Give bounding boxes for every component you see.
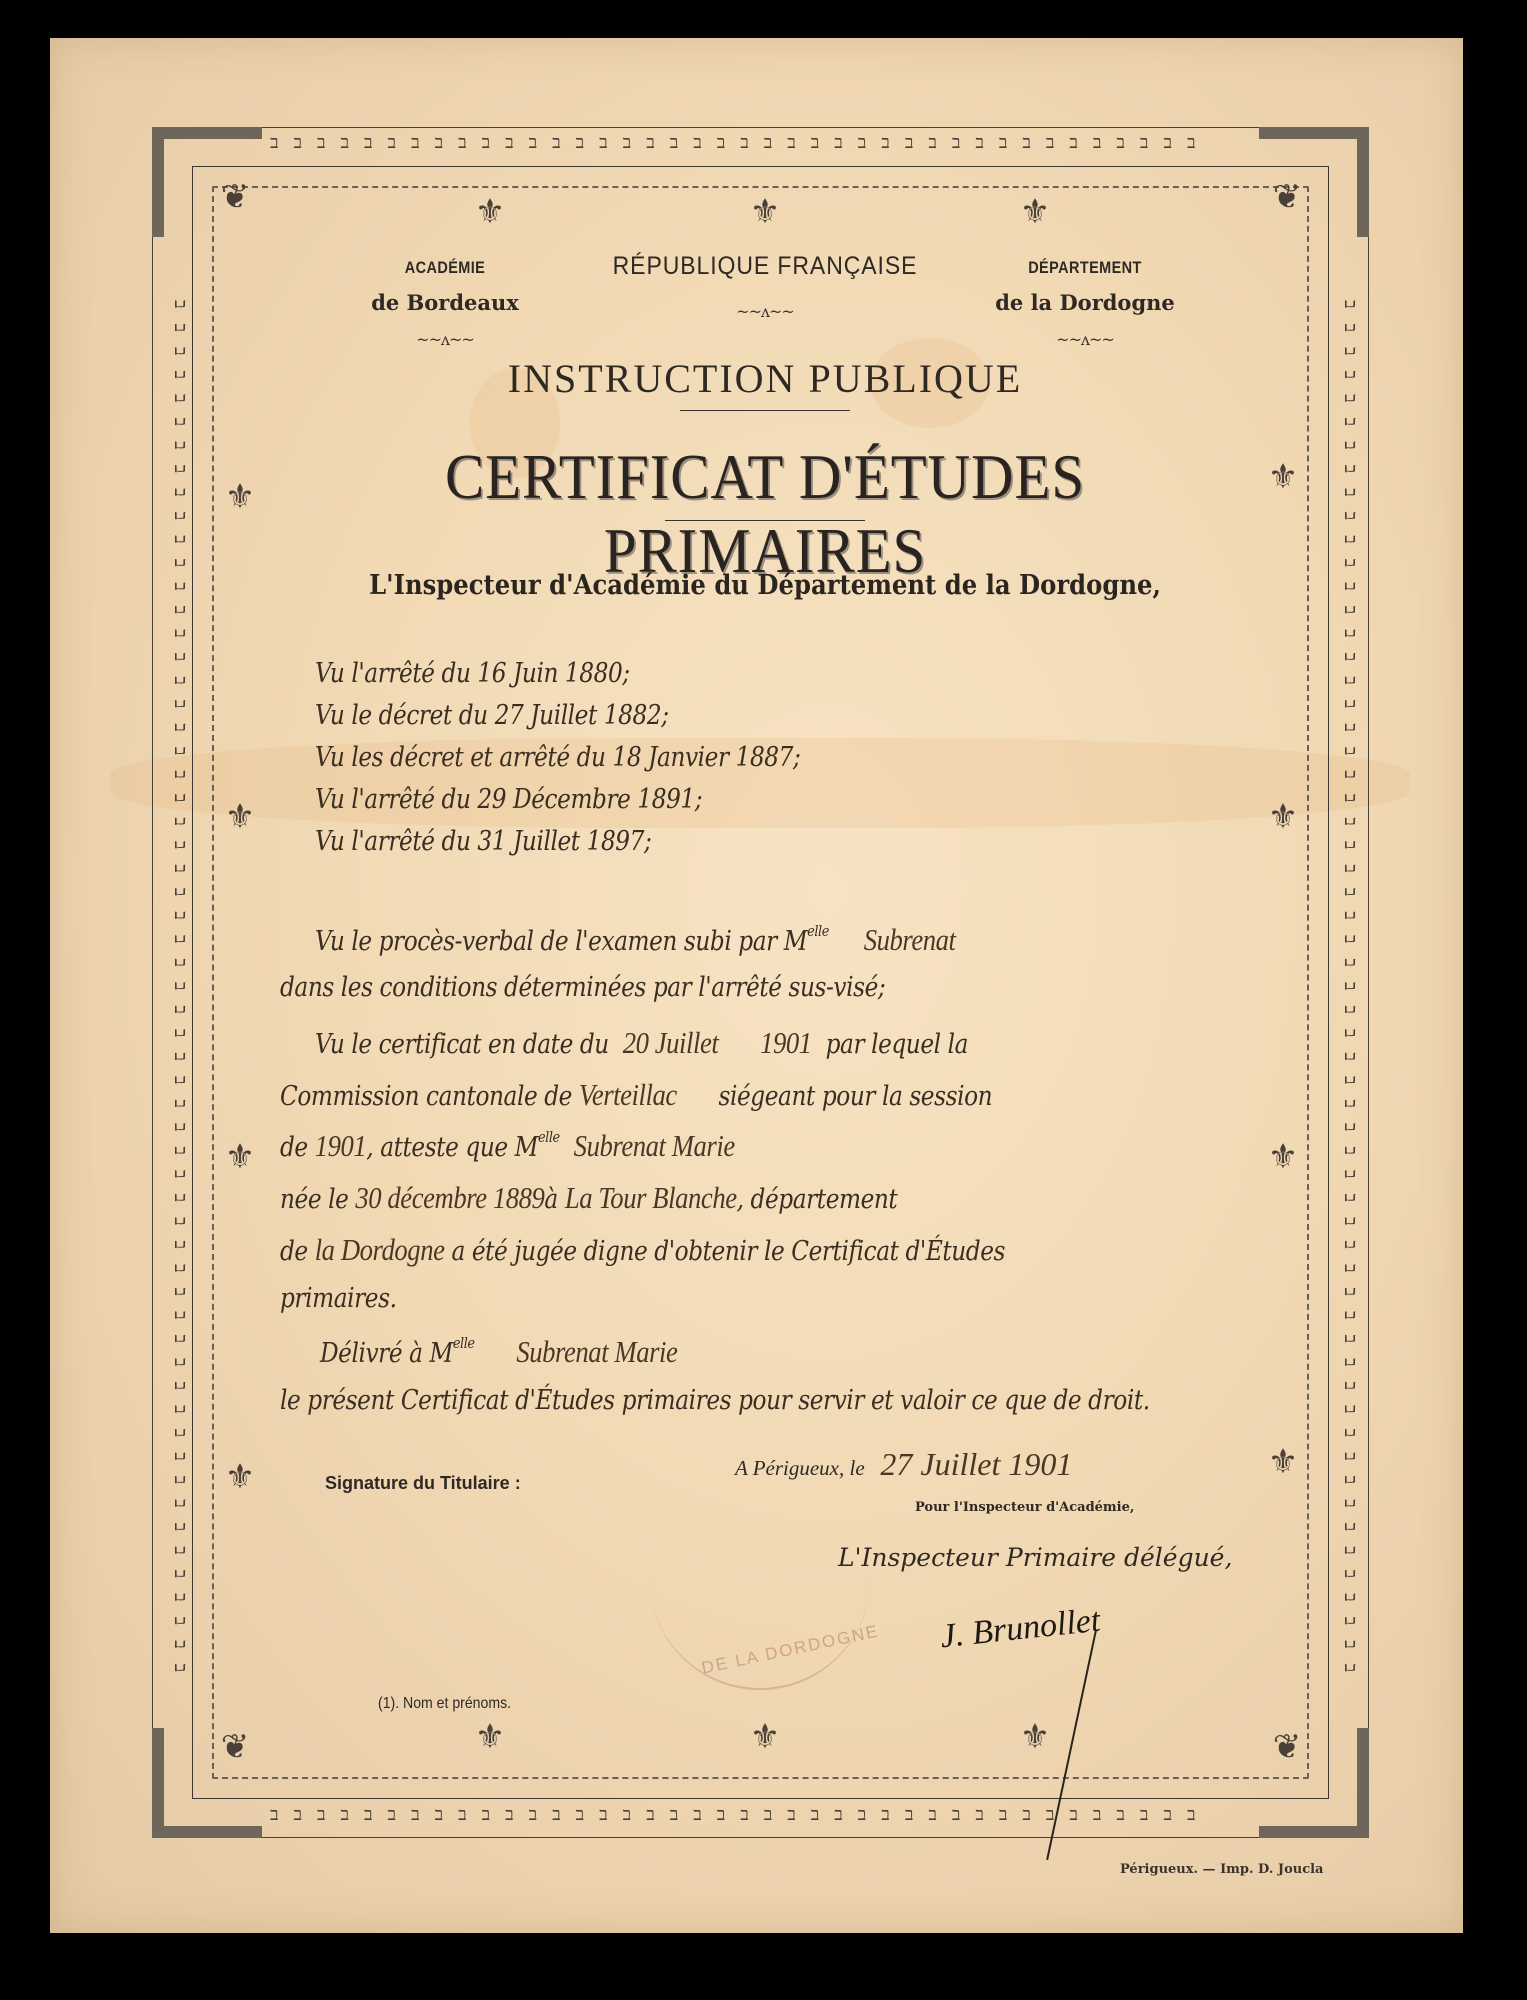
judged-line-2: primaires. — [280, 1283, 397, 1314]
certificate-date-day: 20 Juillet — [623, 1025, 719, 1060]
born-suffix: , département — [737, 1184, 898, 1215]
greek-key-border-top: ב ב ב ב ב ב ב ב ב ב ב ב ב ב ב ב ב ב ב ב … — [270, 134, 1250, 160]
commission-prefix: Commission cantonale de — [280, 1081, 572, 1112]
delivered-line: Délivré à Melle Subrenat Marie — [320, 1334, 677, 1370]
certificate-date-line: Vu le certificat en date du 20 Juillet 1… — [315, 1025, 968, 1061]
ivy-leaf-icon: ⚜ — [215, 1140, 265, 1174]
birth-place: La Tour Blanche — [565, 1180, 737, 1215]
header-academie-name: de Bordeaux — [345, 290, 545, 315]
ivy-leaf-icon: ⚜ — [465, 195, 515, 229]
ivy-leaf-icon: ⚜ — [215, 1460, 265, 1494]
subtitle-instruction-publique: INSTRUCTION PUBLIQUE — [330, 355, 1200, 402]
ivy-scroll-icon: ❦ — [1262, 1730, 1312, 1764]
consideration-line: Vu les décret et arrêté du 18 Janvier 18… — [315, 742, 800, 773]
birth-department: la Dordogne — [315, 1232, 445, 1267]
delivered-prefix: Délivré à M — [320, 1338, 453, 1369]
session-prefix: de — [280, 1132, 308, 1163]
certificate-date-suffix: par lequel la — [826, 1029, 968, 1060]
header-academie-label: ACADÉMIE — [373, 258, 518, 278]
header-swirl-left: ~~ʌ~~ — [410, 330, 480, 349]
birth-date: 30 décembre 1889 — [355, 1180, 544, 1215]
greek-key-border-right: ב ב ב ב ב ב ב ב ב ב ב ב ב ב ב ב ב ב ב ב … — [1333, 300, 1359, 1680]
delivered-line-2: le présent Certificat d'Études primaires… — [280, 1385, 1150, 1416]
birth-line: née le 30 décembre 1889à La Tour Blanche… — [280, 1180, 897, 1216]
place-label: A Périgueux, le — [735, 1456, 865, 1480]
exam-prefix: Vu le procès-verbal de l'examen subi par… — [315, 926, 807, 957]
mademoiselle-sup: elle — [807, 922, 829, 940]
born-at: à — [544, 1184, 557, 1215]
header-departement-label: DÉPARTEMENT — [1009, 258, 1162, 278]
ivy-leaf-icon: ⚜ — [1010, 195, 1060, 229]
place-date: A Périgueux, le 27 Juillet 1901 — [735, 1446, 1072, 1483]
certificate-date-prefix: Vu le certificat en date du — [315, 1029, 609, 1060]
header-swirl-center: ~~ʌ~~ — [715, 302, 815, 321]
judged-text: a été jugée digne d'obtenir le Certifica… — [451, 1236, 1005, 1267]
consideration-line: Vu l'arrêté du 29 Décembre 1891; — [315, 784, 702, 815]
ivy-leaf-icon: ⚜ — [1258, 800, 1308, 834]
ivy-leaf-icon: ⚜ — [465, 1720, 515, 1754]
inspector-role: L'Inspecteur Primaire délégué, — [838, 1543, 1232, 1572]
ivy-scroll-icon: ❦ — [1262, 180, 1312, 214]
attest-text: , atteste que M — [366, 1132, 538, 1163]
ivy-leaf-icon: ⚜ — [1258, 1140, 1308, 1174]
delivered-name: Subrenat Marie — [516, 1334, 677, 1369]
consideration-line: Vu l'arrêté du 31 Juillet 1897; — [315, 826, 651, 857]
certificate-title: CERTIFICAT D'ÉTUDES PRIMAIRES — [300, 440, 1229, 588]
candidate-full-name: Subrenat Marie — [574, 1128, 735, 1163]
dept-prefix: de — [280, 1236, 308, 1267]
ivy-leaf-icon: ⚜ — [1010, 1720, 1060, 1754]
ivy-scroll-icon: ❦ — [210, 1730, 260, 1764]
consideration-line: Vu l'arrêté du 16 Juin 1880; — [315, 658, 630, 689]
ivy-leaf-icon: ⚜ — [215, 800, 265, 834]
exam-candidate-name: Subrenat — [864, 922, 956, 957]
inspector-heading: L'Inspecteur d'Académie du Département d… — [347, 570, 1184, 601]
born-prefix: née le — [280, 1184, 348, 1215]
header-departement-name: de la Dordogne — [975, 290, 1195, 315]
ivy-leaf-icon: ⚜ — [1258, 460, 1308, 494]
ivy-scroll-icon: ❦ — [210, 180, 260, 214]
exam-line: Vu le procès-verbal de l'examen subi par… — [315, 922, 956, 958]
footnote: (1). Nom et prénoms. — [378, 1695, 511, 1713]
commission-place: Verteillac — [579, 1077, 677, 1112]
greek-key-border-left: ב ב ב ב ב ב ב ב ב ב ב ב ב ב ב ב ב ב ב ב … — [163, 300, 189, 1680]
holder-signature-label: Signature du Titulaire : — [325, 1473, 521, 1494]
ivy-leaf-icon: ⚜ — [215, 480, 265, 514]
header-republique: RÉPUBLIQUE FRANÇAISE — [576, 252, 953, 281]
exam-conditions-line: dans les conditions déterminées par l'ar… — [280, 972, 885, 1003]
session-year: 1901 — [315, 1128, 367, 1163]
commission-line: Commission cantonale de Verteillac siége… — [280, 1077, 992, 1113]
header-swirl-right: ~~ʌ~~ — [1050, 330, 1120, 349]
commission-suffix: siégeant pour la session — [719, 1081, 993, 1112]
mademoiselle-sup: elle — [538, 1128, 560, 1146]
ivy-leaf-icon: ⚜ — [740, 195, 790, 229]
subtitle-rule — [680, 405, 850, 411]
printer-imprint: Périgueux. — Imp. D. Joucla — [1120, 1862, 1323, 1877]
certificate-date-year: 1901 — [760, 1025, 812, 1060]
pour-inspecteur: Pour l'Inspecteur d'Académie, — [915, 1500, 1134, 1515]
greek-key-border-bottom: ב ב ב ב ב ב ב ב ב ב ב ב ב ב ב ב ב ב ב ב … — [270, 1806, 1250, 1832]
department-line: de la Dordogne a été jugée digne d'obten… — [280, 1232, 1005, 1268]
ivy-leaf-icon: ⚜ — [740, 1720, 790, 1754]
ivy-leaf-icon: ⚜ — [1258, 1445, 1308, 1479]
mademoiselle-sup: elle — [453, 1334, 475, 1352]
title-rule — [665, 515, 865, 521]
consideration-line: Vu le décret du 27 Juillet 1882; — [315, 700, 669, 731]
session-line: de 1901, atteste que Melle Subrenat Mari… — [280, 1128, 735, 1164]
issue-date: 27 Juillet 1901 — [880, 1446, 1072, 1482]
